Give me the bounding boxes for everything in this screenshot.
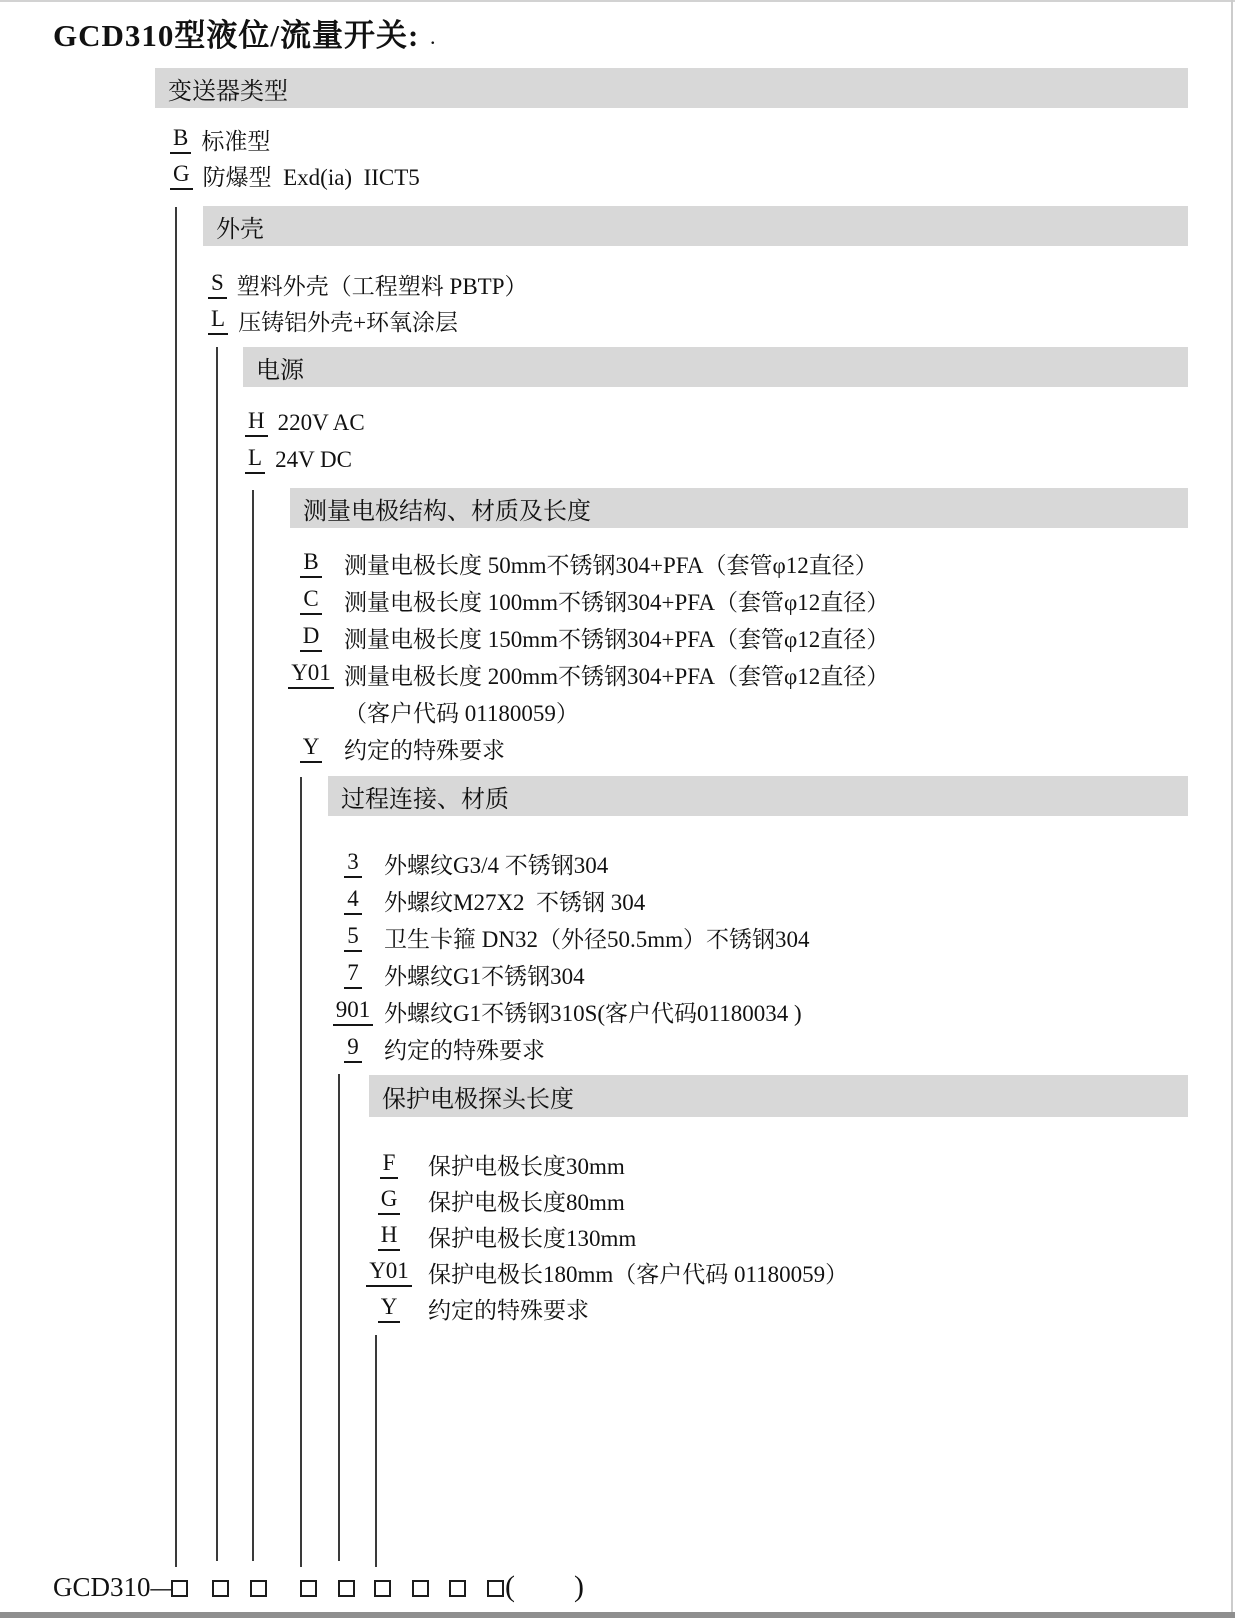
model-code-box: [487, 1580, 504, 1597]
section-options-power-supply: H 220V AC L 24V DC: [245, 404, 365, 478]
option-desc: 保护电极长180mm（客户代码 01180059）: [428, 1256, 848, 1289]
option-desc: 外螺纹G1不锈钢304: [384, 958, 585, 991]
option-row: Y01 测量电极长度 200mm不锈钢304+PFA（套管φ12直径）: [286, 656, 889, 693]
option-desc: 测量电极长度 50mm不锈钢304+PFA（套管φ12直径）: [344, 547, 878, 580]
option-code: Y01: [288, 660, 334, 689]
section-header-protection-electrode: 保护电极探头长度: [369, 1075, 1188, 1117]
option-code: B: [300, 549, 321, 578]
option-row: 7 外螺纹G1不锈钢304: [330, 956, 810, 993]
document-page: GCD310型液位/流量开关: . 变送器类型 B 标准型 G 防爆型 Exd(…: [0, 0, 1235, 1618]
option-desc: 外螺纹G3/4 不锈钢304: [384, 847, 608, 880]
section-options-process-connection: 3 外螺纹G3/4 不锈钢304 4 外螺纹M27X2 不锈钢 304 5 卫生…: [330, 845, 810, 1067]
section-header-process-connection: 过程连接、材质: [328, 776, 1188, 816]
option-row: H 220V AC: [245, 404, 365, 441]
option-code: L: [208, 306, 228, 335]
option-code: Y01: [366, 1258, 412, 1287]
option-desc: 压铸铝外壳+环氧涂层: [238, 304, 458, 337]
option-code: 5: [344, 923, 362, 952]
option-desc: 测量电极长度 150mm不锈钢304+PFA（套管φ12直径）: [344, 621, 889, 654]
option-desc: 约定的特殊要求: [428, 1292, 589, 1325]
option-row: F 保护电极长度30mm: [366, 1146, 848, 1182]
option-desc: 24V DC: [275, 447, 352, 473]
option-desc: 卫生卡箍 DN32（外径50.5mm）不锈钢304: [384, 921, 810, 954]
page-title: GCD310型液位/流量开关:: [53, 10, 419, 55]
page-bottom-edge: [0, 1612, 1235, 1618]
option-desc: 约定的特殊要求: [344, 732, 505, 765]
option-desc: 保护电极长度30mm: [428, 1148, 625, 1181]
option-code: H: [378, 1222, 401, 1251]
section-options-transmitter-type: B 标准型 G 防爆型 Exd(ia) IICT5: [170, 121, 420, 193]
option-code: H: [245, 408, 268, 437]
section-header-housing: 外壳: [203, 206, 1188, 246]
option-code: Y: [300, 734, 323, 763]
option-desc: 外螺纹G1不锈钢310S(客户代码01180034 ): [384, 995, 802, 1028]
option-code: 9: [344, 1034, 362, 1063]
model-code-box: [412, 1580, 429, 1597]
option-row: L 压铸铝外壳+环氧涂层: [208, 302, 528, 338]
option-desc: 保护电极长度130mm: [428, 1220, 636, 1253]
model-code-prefix: GCD310—: [53, 1572, 178, 1603]
option-row: G 防爆型 Exd(ia) IICT5: [170, 157, 420, 193]
section-options-housing: S 塑料外壳（工程塑料 PBTP） L 压铸铝外壳+环氧涂层: [208, 266, 528, 338]
option-code: G: [170, 161, 193, 190]
model-code-box: [338, 1580, 355, 1597]
page-right-edge: [1231, 0, 1233, 1618]
section-header-measuring-electrode: 测量电极结构、材质及长度: [290, 488, 1188, 528]
option-code: 4: [344, 886, 362, 915]
option-code: G: [378, 1186, 401, 1215]
model-code-box: [374, 1580, 391, 1597]
connector-line-protection-electrode: [375, 1335, 377, 1567]
option-code: D: [300, 623, 323, 652]
option-desc: 外螺纹M27X2 不锈钢 304: [384, 884, 645, 917]
option-row: 4 外螺纹M27X2 不锈钢 304: [330, 882, 810, 919]
option-desc: 测量电极长度 200mm不锈钢304+PFA（套管φ12直径）: [344, 658, 889, 691]
option-row: 901 外螺纹G1不锈钢310S(客户代码01180034 ): [330, 993, 810, 1030]
section-header-transmitter-type: 变送器类型: [155, 68, 1188, 108]
connector-line-power-supply: [252, 490, 254, 1561]
option-row: B 标准型: [170, 121, 420, 157]
option-row: H 保护电极长度130mm: [366, 1218, 848, 1254]
section-options-protection-electrode: F 保护电极长度30mm G 保护电极长度80mm H 保护电极长度130mm …: [366, 1146, 848, 1326]
option-desc-continuation: （客户代码 01180059）: [344, 695, 579, 728]
option-row: 5 卫生卡箍 DN32（外径50.5mm）不锈钢304: [330, 919, 810, 956]
option-code: C: [300, 586, 321, 615]
option-desc: 约定的特殊要求: [384, 1032, 545, 1065]
option-code: F: [380, 1150, 399, 1179]
connector-line-transmitter-type: [175, 207, 177, 1567]
option-row-continuation: （客户代码 01180059）: [286, 693, 889, 730]
option-row: G 保护电极长度80mm: [366, 1182, 848, 1218]
option-desc: 220V AC: [278, 410, 365, 436]
option-code: B: [170, 125, 191, 154]
model-code-paren-open: (: [505, 1570, 515, 1604]
option-row: B 测量电极长度 50mm不锈钢304+PFA（套管φ12直径）: [286, 545, 889, 582]
option-desc: 测量电极长度 100mm不锈钢304+PFA（套管φ12直径）: [344, 584, 889, 617]
option-row: S 塑料外壳（工程塑料 PBTP）: [208, 266, 528, 302]
model-code-box: [250, 1580, 267, 1597]
connector-line-process-connection: [338, 1074, 340, 1561]
option-row: L 24V DC: [245, 441, 365, 478]
option-code: 3: [344, 849, 362, 878]
option-code: Y: [378, 1294, 401, 1323]
option-code: 901: [333, 997, 374, 1026]
option-row: 3 外螺纹G3/4 不锈钢304: [330, 845, 810, 882]
connector-line-housing: [216, 347, 218, 1561]
page-top-edge: [0, 0, 1235, 2]
section-options-measuring-electrode: B 测量电极长度 50mm不锈钢304+PFA（套管φ12直径） C 测量电极长…: [286, 545, 889, 767]
option-row: C 测量电极长度 100mm不锈钢304+PFA（套管φ12直径）: [286, 582, 889, 619]
model-code-box: [449, 1580, 466, 1597]
section-header-power-supply: 电源: [243, 347, 1188, 387]
option-row: Y 约定的特殊要求: [286, 730, 889, 767]
option-code: S: [208, 270, 227, 299]
scan-artifact-dot: .: [430, 24, 436, 50]
option-desc: 标准型: [201, 123, 270, 156]
option-row: D 测量电极长度 150mm不锈钢304+PFA（套管φ12直径）: [286, 619, 889, 656]
option-desc: 塑料外壳（工程塑料 PBTP）: [237, 268, 528, 301]
model-code-box: [300, 1580, 317, 1597]
model-code-box: [171, 1580, 188, 1597]
option-code: L: [245, 445, 265, 474]
model-code-paren-close: ): [574, 1570, 584, 1604]
option-code: 7: [344, 960, 362, 989]
option-row: Y01 保护电极长180mm（客户代码 01180059）: [366, 1254, 848, 1290]
option-desc: 防爆型 Exd(ia) IICT5: [203, 159, 420, 192]
option-desc: 保护电极长度80mm: [428, 1184, 625, 1217]
connector-line-measuring-electrode: [300, 777, 302, 1567]
option-row: Y 约定的特殊要求: [366, 1290, 848, 1326]
model-code-box: [212, 1580, 229, 1597]
option-row: 9 约定的特殊要求: [330, 1030, 810, 1067]
